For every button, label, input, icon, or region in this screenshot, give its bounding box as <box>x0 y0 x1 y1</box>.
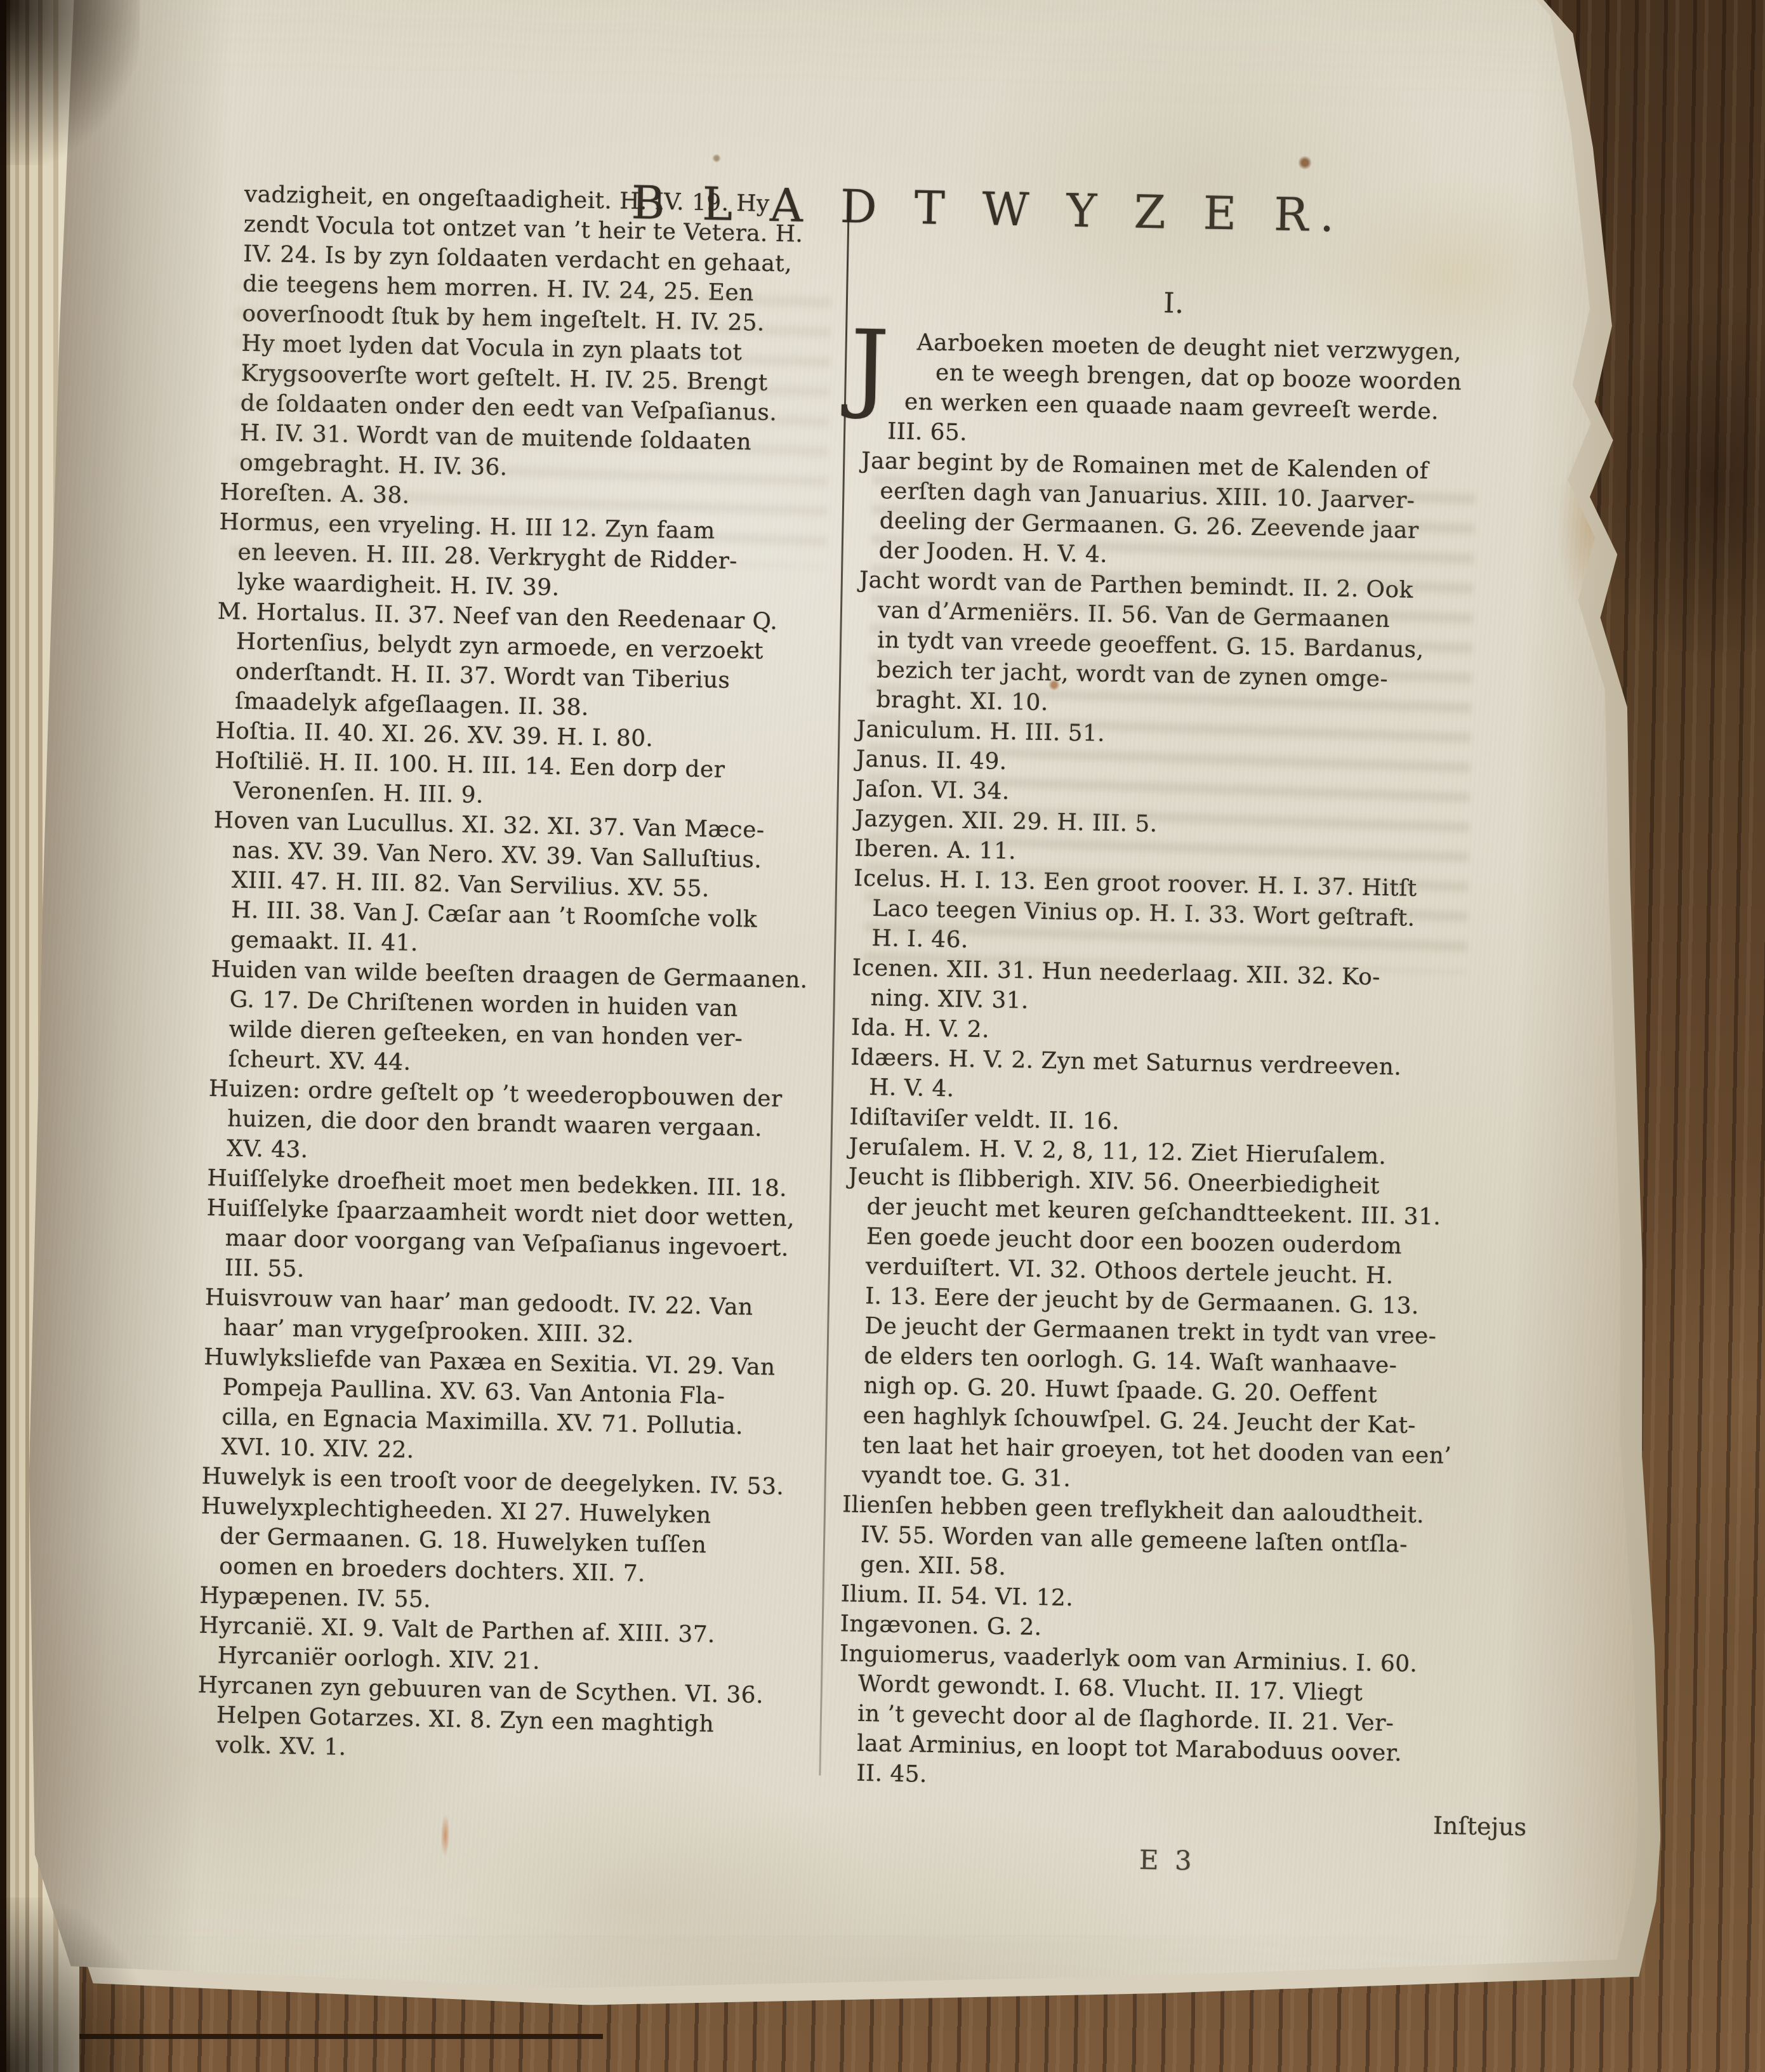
index-right-column: I. J Aarboeken moeten de deught niet ver… <box>837 283 1483 1799</box>
book-page: B L A D T W Y Z E R. vadzigheit, en onge… <box>0 0 1675 2033</box>
index-entry-dropcap: J Aarboeken moeten de deught niet verzwy… <box>862 327 1483 458</box>
photo-of-open-book: B L A D T W Y Z E R. vadzigheit, en onge… <box>0 0 1765 2072</box>
section-letter-heading: I. <box>864 283 1484 324</box>
index-left-column: vadzigheit, en ongeſtaadigheit. H. IV. 1… <box>197 179 844 1771</box>
right-column-entries: Jaar begint by de Romainen met de Kalend… <box>837 446 1481 1800</box>
dropcap-initial: J <box>850 317 890 414</box>
catchword: Inſtejus <box>1433 1812 1527 1842</box>
corner-shadow <box>0 0 140 165</box>
dropcap-entry-lines: Aarboeken moeten de deught niet verzwyge… <box>862 327 1483 458</box>
signature-mark: E 3 <box>1139 1844 1196 1877</box>
corner-shadow <box>0 1897 152 2072</box>
